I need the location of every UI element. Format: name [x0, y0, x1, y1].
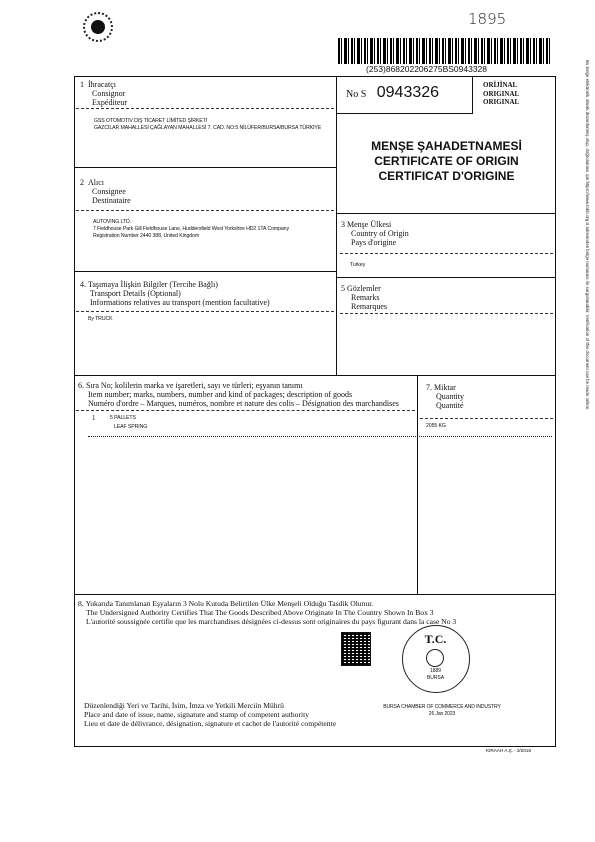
handwritten-number: 1895 — [468, 10, 506, 28]
box2-label: 2 Alıcı Consignee Destinataire — [80, 178, 131, 205]
box5-label: 5 Gözlemler Remarks Remarques — [341, 284, 387, 311]
quantity-value: 2055 KG — [426, 423, 446, 430]
printer-note: KIRAAH A.Ş. - 2/2018 — [486, 748, 531, 755]
side-verification-note: Bu belge elektronik olarak düzenlenmiş o… — [580, 60, 590, 530]
transport-value: By TRUCK — [88, 316, 112, 323]
crescent-star-icon — [426, 649, 444, 667]
box4-label: 4. Taşımaya İlişkin Bilgiler (Tercihe Ba… — [80, 280, 270, 307]
consignee-value: AUTOVING LTD. 7 Fieldhouse Park Gill Fie… — [93, 219, 289, 240]
end-of-goods-line — [88, 436, 552, 437]
issue-labels: Düzenlendiği Yeri ve Tarihi, İsim, İmza … — [84, 701, 336, 728]
country-of-origin-value: Turkey — [350, 262, 365, 269]
box8-declaration: 8. Yukarıda Tanımlanan Eşyaların 3 Nolu … — [78, 599, 456, 626]
box6-label: 6. Sıra No; kolilerin marka ve işaretler… — [78, 381, 399, 408]
qr-code-icon — [341, 632, 371, 666]
chamber-seal-icon — [83, 12, 113, 42]
box3-label: 3 Menşe Ülkesi Country of Origin Pays d'… — [341, 220, 409, 247]
copy-type: ORİJİNAL ORIGINAL ORIGINAL — [483, 81, 519, 107]
certificate-number: No S 0943326 — [346, 84, 439, 102]
barcode-text: (253)868202206275BS0943328 — [366, 64, 487, 74]
certificate-title: MENŞE ŞAHADETNAMESİ CERTIFICATE OF ORIGI… — [337, 139, 556, 184]
box7-label: 7. Miktar Quantity Quantité — [426, 383, 464, 410]
box1-label: 1 İhracatçı Consignor Expéditeur — [80, 80, 127, 107]
chamber-stamp: T.C. 1889 BURSA — [402, 625, 470, 693]
barcode — [338, 38, 550, 64]
consignor-value: GSS OTOMOTIV DIŞ TİCARET LİMİTED ŞİRKETİ… — [94, 118, 321, 132]
box-goods-description — [74, 376, 418, 595]
issuing-authority: BURSA CHAMBER OF COMMERCE AND INDUSTRY 2… — [372, 704, 512, 718]
